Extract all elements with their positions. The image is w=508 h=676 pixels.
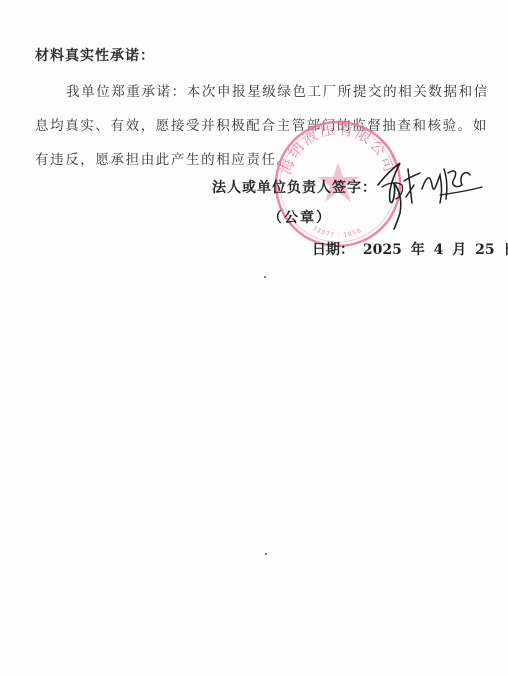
seal-label: （公章）: [268, 207, 332, 227]
commitment-paragraph-line-2: 息均真实、有效，愿接受并积极配合主管部门的监督抽查和核验。如: [35, 114, 488, 134]
date-line: 日期： 2025 年 4 月 25 日: [312, 239, 508, 259]
document-page: 材料真实性承诺： 我单位郑重承诺：本次申报星级绿色工厂所提交的相关数据和信 息均…: [0, 0, 508, 676]
date-day-unit: 日: [503, 242, 508, 258]
date-day: 25: [475, 242, 494, 258]
handwritten-signature-icon: [370, 155, 485, 235]
date-year: 2025: [363, 242, 402, 258]
commitment-paragraph-line-3: 有违反，愿承担由此产生的相应责任。: [35, 148, 292, 168]
date-month-unit: 月: [452, 242, 466, 258]
commitment-heading: 材料真实性承诺：: [35, 45, 155, 65]
date-label: 日期：: [312, 242, 354, 258]
scan-speck: [265, 553, 267, 555]
signature-label: 法人或单位负责人签字：: [212, 177, 377, 197]
commitment-paragraph-line-1: 我单位郑重承诺：本次申报星级绿色工厂所提交的相关数据和信: [66, 80, 489, 100]
scan-speck: [264, 276, 266, 278]
date-year-unit: 年: [411, 242, 425, 258]
date-month: 4: [434, 242, 444, 258]
